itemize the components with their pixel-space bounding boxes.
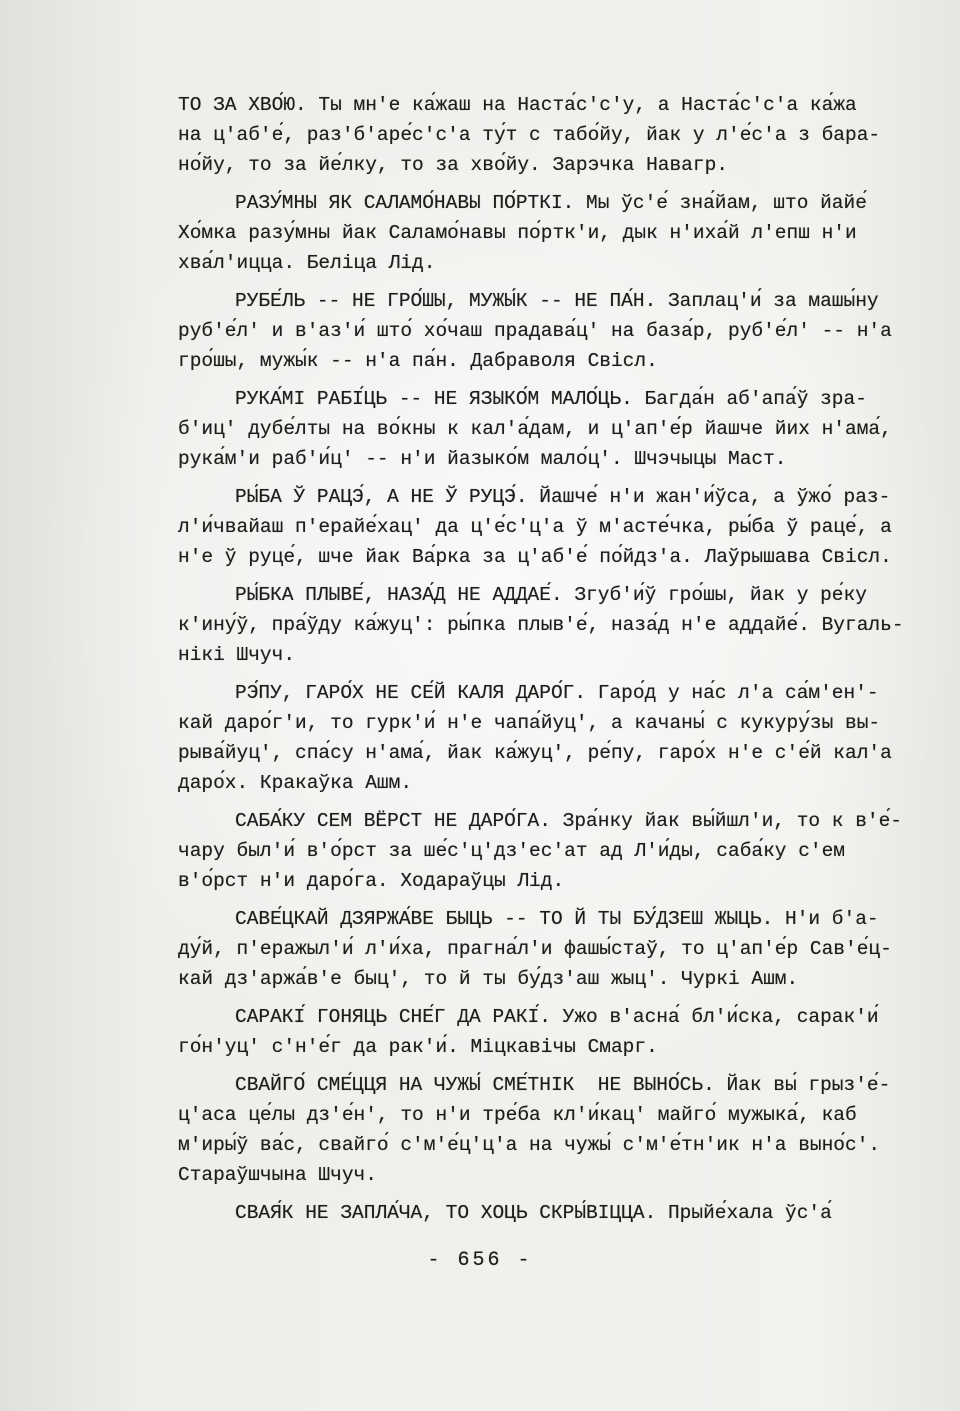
- text-line: РЫ́БА Ў РАЦЭ́, А НЕ Ў РУЦЭ́. Йашче́ н'и …: [178, 482, 920, 512]
- proverb-entry: САВЕ́ЦКАЙ ДЗЯРЖА́ВЕ БЫЦЬ -- ТО Й ТЫ БУ́Д…: [178, 904, 920, 994]
- text-line: нікі Шчуч.: [178, 640, 920, 670]
- text-line: ц'аса це́лы дз'е́н', то н'и тре́ба кл'и́…: [178, 1100, 920, 1130]
- proverb-entry: СВАЯ́К НЕ ЗАПЛА́ЧА, ТО ХОЦЬ СКРЫ́ВІЦЦА. …: [178, 1198, 920, 1228]
- text-line: РУБЕ́ЛЬ -- НЕ ГРО́ШЫ, МУЖЫ́К -- НЕ ПА́Н.…: [178, 286, 920, 316]
- proverb-entry: РАЗУ́МНЫ ЯК САЛАМО́НАВЫ ПО́РТКІ. Мы ўс'е…: [178, 188, 920, 278]
- text-line: ду́й, п'еражыл'и́ л'и́ха, прагна́л'и фаш…: [178, 934, 920, 964]
- text-line: РЫ́БКА ПЛЫВЕ́, НАЗА́Д НЕ АДДАЕ́. Згуб'и́…: [178, 580, 920, 610]
- text-line: СВАЯ́К НЕ ЗАПЛА́ЧА, ТО ХОЦЬ СКРЫ́ВІЦЦА. …: [178, 1198, 920, 1228]
- text-line: м'иры́ў ва́с, свайго́ с'м'е́ц'ц'а на чуж…: [178, 1130, 920, 1160]
- text-line: л'и́чвайаш п'ерайе́хац' да ц'е́с'ц'а ў м…: [178, 512, 920, 542]
- text-line: даро́х. Кракаўка Ашм.: [178, 768, 920, 798]
- text-line: Стараўшчына Шчуч.: [178, 1160, 920, 1190]
- text-line: ТО ЗА ХВО́Ю. Ты мн'е ка́жаш на Наста́с'с…: [178, 90, 920, 120]
- text-line: рыва́йуц', спа́су н'ама́, йак ка́жуц', р…: [178, 738, 920, 768]
- text-line: в'о́рст н'и даро́га. Ходараўцы Лід.: [178, 866, 920, 896]
- proverb-entry: РУБЕ́ЛЬ -- НЕ ГРО́ШЫ, МУЖЫ́К -- НЕ ПА́Н.…: [178, 286, 920, 376]
- text-line: го́н'уц' с'н'е́г да рак'и́. Міцкавічы См…: [178, 1032, 920, 1062]
- text-line: СВАЙГО́ СМЕ́ЦЦЯ НА ЧУЖЫ́ СМЕ́ТНІК НЕ ВЫН…: [178, 1070, 920, 1100]
- text-line: рука́м'и раб'и́ц' -- н'и йазыко́м мало́ц…: [178, 444, 920, 474]
- text-line: гро́шы, мужы́к -- н'а па́н. Дабраволя Св…: [178, 346, 920, 376]
- text-line: САБА́КУ СЕМ ВЁРСТ НЕ ДАРО́ГА. Зра́нку йа…: [178, 806, 920, 836]
- text-line: на ц'аб'е́, раз'б'аре́с'с'а ту́т с табо́…: [178, 120, 920, 150]
- text-line: к'ину́ў, пра́ўду ка́жуц': ры́пка плыв'е́…: [178, 610, 920, 640]
- proverb-entry: СВАЙГО́ СМЕ́ЦЦЯ НА ЧУЖЫ́ СМЕ́ТНІК НЕ ВЫН…: [178, 1070, 920, 1190]
- proverb-entry: САРАКІ́ ГОНЯЦЬ СНЕ́Г ДА РАКІ́. Ужо в'асн…: [178, 1002, 920, 1062]
- text-line: РЭ́ПУ, ГАРО́Х НЕ СЕ́Й КАЛЯ ДАРО́Г. Гаро́…: [178, 678, 920, 708]
- text-line: хва́л'ицца. Беліца Лід.: [178, 248, 920, 278]
- text-line: РУКА́МІ РАБІ́ЦЬ -- НЕ ЯЗЫКО́М МАЛО́ЦЬ. Б…: [178, 384, 920, 414]
- text-line: но́йу, то за йе́лку, то за хво́йу. Зарэч…: [178, 150, 920, 180]
- proverb-entry: РЭ́ПУ, ГАРО́Х НЕ СЕ́Й КАЛЯ ДАРО́Г. Гаро́…: [178, 678, 920, 798]
- text-line: САРАКІ́ ГОНЯЦЬ СНЕ́Г ДА РАКІ́. Ужо в'асн…: [178, 1002, 920, 1032]
- text-line: САВЕ́ЦКАЙ ДЗЯРЖА́ВЕ БЫЦЬ -- ТО Й ТЫ БУ́Д…: [178, 904, 920, 934]
- proverb-entry: РУКА́МІ РАБІ́ЦЬ -- НЕ ЯЗЫКО́М МАЛО́ЦЬ. Б…: [178, 384, 920, 474]
- text-line: б'иц' дубе́лты на во́кны к кал'а́дам, и …: [178, 414, 920, 444]
- page-number: - 656 -: [0, 1246, 960, 1276]
- text-line: чару был'и́ в'о́рст за ше́с'ц'дз'ес'ат а…: [178, 836, 920, 866]
- text-line: РАЗУ́МНЫ ЯК САЛАМО́НАВЫ ПО́РТКІ. Мы ўс'е…: [178, 188, 920, 218]
- text-line: кай дз'аржа́в'е быц', то й ты бу́дз'аш ж…: [178, 964, 920, 994]
- text-line: н'е ў руце́, шче йак Ва́рка за ц'аб'е́ п…: [178, 542, 920, 572]
- text-line: Хо́мка разу́мны йак Саламо́навы по́ртк'и…: [178, 218, 920, 248]
- text-block: ТО ЗА ХВО́Ю. Ты мн'е ка́жаш на Наста́с'с…: [178, 90, 920, 1236]
- text-line: руб'е́л' и в'аз'и́ што́ хо́чаш прадава́ц…: [178, 316, 920, 346]
- proverb-entry: САБА́КУ СЕМ ВЁРСТ НЕ ДАРО́ГА. Зра́нку йа…: [178, 806, 920, 896]
- proverb-entry: РЫ́БКА ПЛЫВЕ́, НАЗА́Д НЕ АДДАЕ́. Згуб'и́…: [178, 580, 920, 670]
- proverb-entry: РЫ́БА Ў РАЦЭ́, А НЕ Ў РУЦЭ́. Йашче́ н'и …: [178, 482, 920, 572]
- text-line: кай даро́г'и, то гурк'и́ н'е чапа́йуц', …: [178, 708, 920, 738]
- scanned-page: ТО ЗА ХВО́Ю. Ты мн'е ка́жаш на Наста́с'с…: [0, 0, 960, 1411]
- proverb-entry: ТО ЗА ХВО́Ю. Ты мн'е ка́жаш на Наста́с'с…: [178, 90, 920, 180]
